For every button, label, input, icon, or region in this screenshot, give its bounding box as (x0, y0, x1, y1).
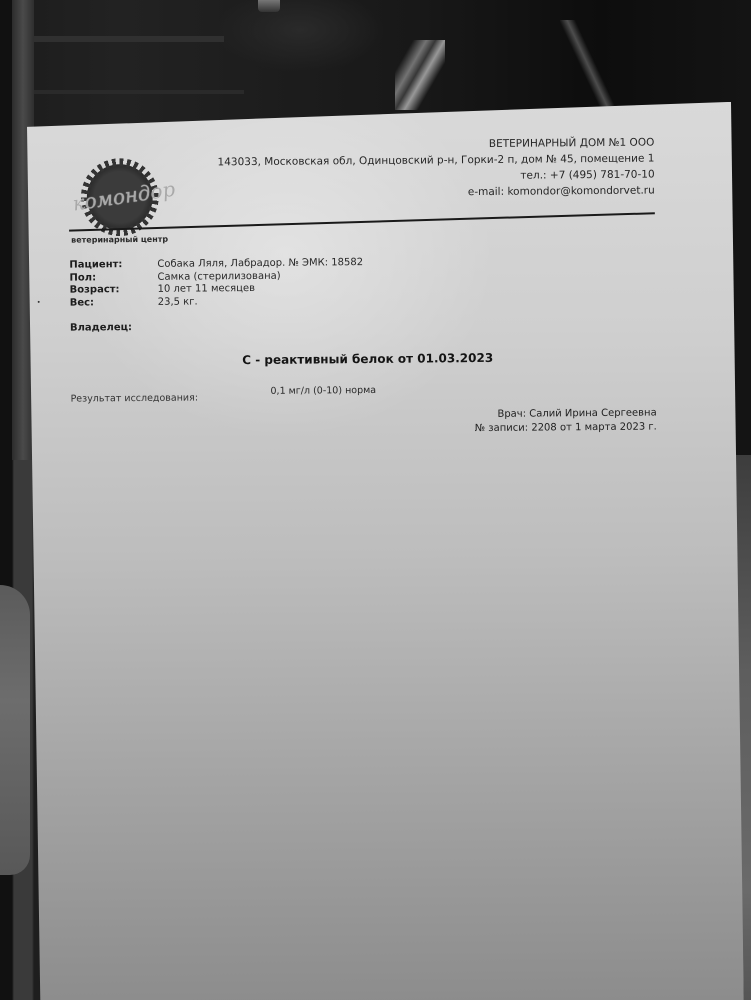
background-shelf (34, 36, 224, 42)
field-label: Пациент: (69, 259, 157, 272)
patient-info: Пациент: Собака Ляля, Лабрадор. № ЭМК: 1… (69, 257, 363, 310)
field-value: Самка (стерилизована) (157, 270, 280, 284)
result-label: Результат исследования: (70, 392, 198, 404)
clinic-header: ВЕТЕРИНАРНЫЙ ДОМ №1 ООО 143033, Московск… (217, 135, 655, 203)
lab-report-sheet: ВЕТЕРИНАРНЫЙ ДОМ №1 ООО 143033, Московск… (24, 102, 744, 1000)
field-value: 23,5 кг. (158, 296, 198, 309)
field-value: Собака Ляля, Лабрадор. № ЭМК: 18582 (157, 257, 363, 271)
field-label: Пол: (69, 271, 157, 284)
field-label: Возраст: (70, 284, 158, 297)
record-number: № записи: 2208 от 1 марта 2023 г. (475, 420, 657, 436)
result-value: 0,1 мг/л (0-10) норма (270, 385, 376, 397)
field-value: 10 лет 11 месяцев (158, 283, 256, 296)
weight-row: Вес: 23,5 кг. (70, 295, 364, 310)
background-foil (560, 20, 620, 110)
field-label: Вес: (70, 296, 158, 309)
clinic-email: e-mail: komondor@komondorvet.ru (218, 182, 655, 202)
background-surface (0, 585, 30, 875)
background-shelf (34, 90, 244, 94)
paper-speck (38, 301, 40, 303)
owner-label: Владелец: (70, 322, 132, 334)
test-title: С - реактивный белок от 01.03.2023 (242, 351, 493, 367)
background-foil (395, 40, 445, 110)
signature-block: Врач: Салий Ирина Сергеевна № записи: 22… (475, 406, 657, 436)
background-clip (258, 0, 280, 12)
logo-subtitle: ветеринарный центр (71, 235, 168, 245)
